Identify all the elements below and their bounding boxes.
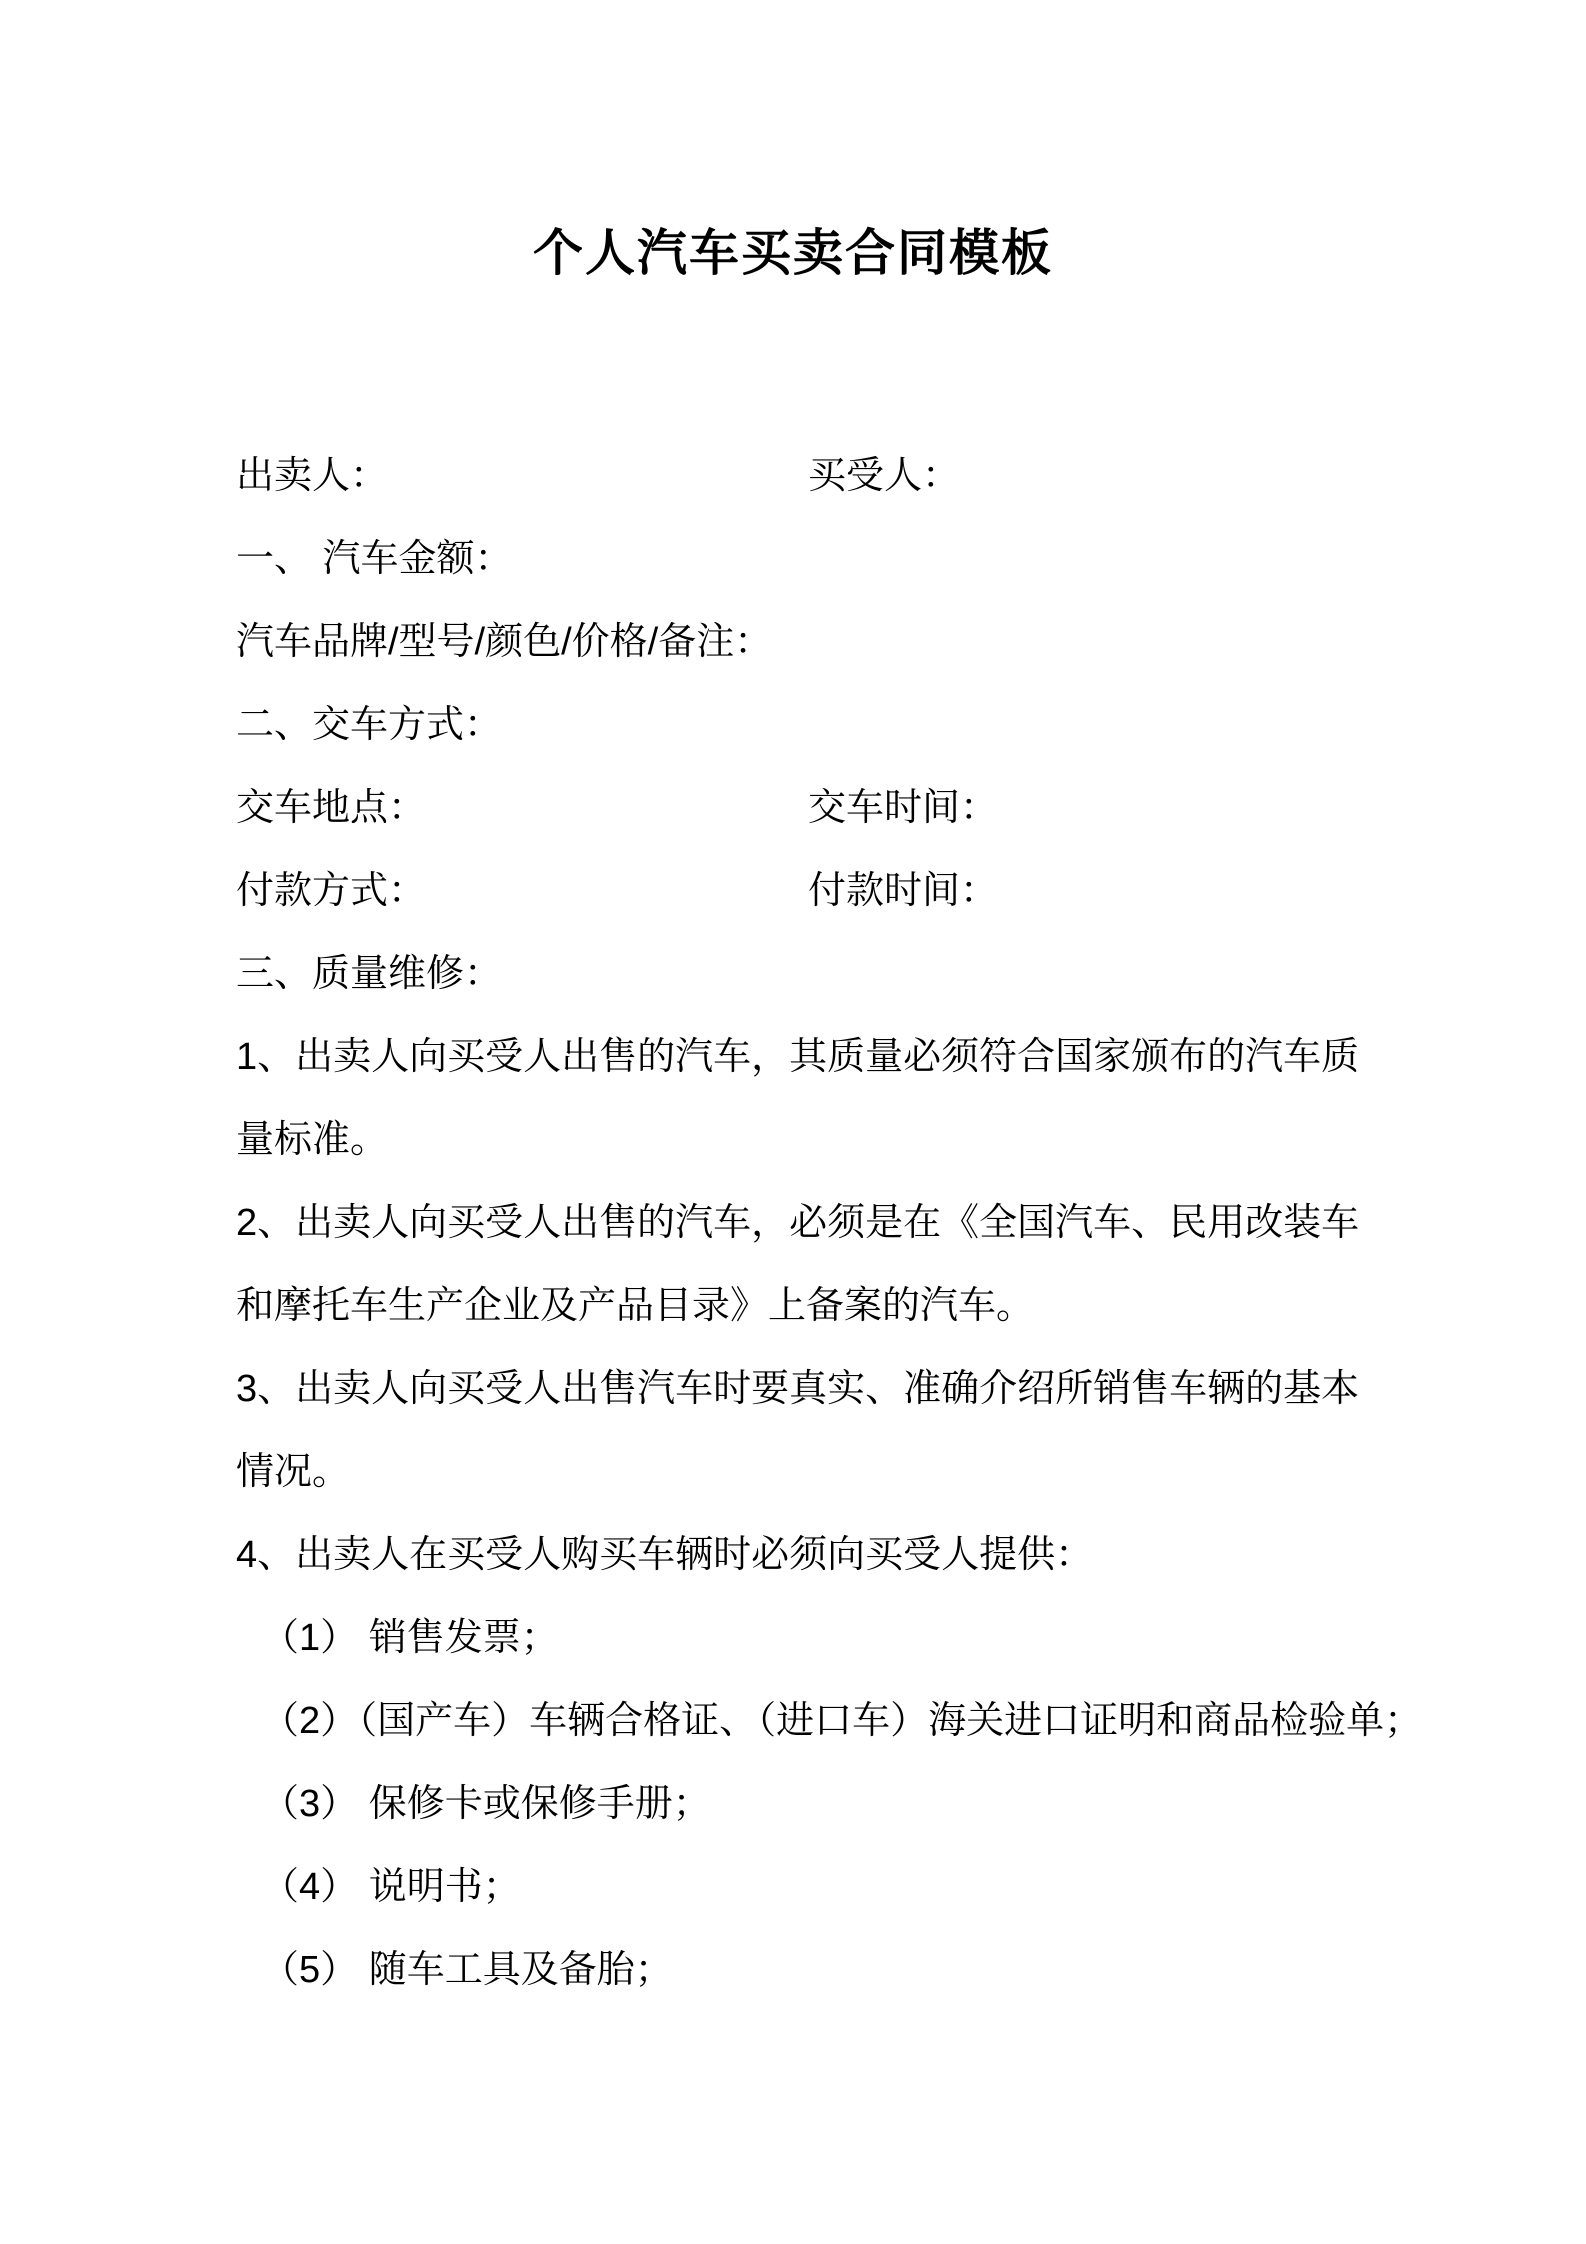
document-line: 情况。 (236, 1431, 1396, 1514)
line-text: 三、质量维修： (236, 953, 502, 995)
line-text: （4） 说明书； (261, 1866, 521, 1908)
line-text: 出卖人： (236, 455, 388, 497)
document-line: 三、质量维修： (236, 933, 1396, 1016)
line-text: （5） 随车工具及备胎； (261, 1949, 673, 1991)
document-title: 个人汽车买卖合同模板 (0, 221, 1586, 285)
line-text: 交车地点： (236, 787, 426, 829)
document-body: 出卖人：买受人：一、 汽车金额：汽车品牌/型号/颜色/价格/备注：二、交车方式：… (236, 435, 1396, 2012)
document-line: 付款方式：付款时间： (236, 850, 1396, 933)
line-text-right-column: 交车时间： (808, 767, 998, 850)
line-text: 和摩托车生产企业及产品目录》上备案的汽车。 (236, 1285, 1034, 1327)
document-line: 和摩托车生产企业及产品目录》上备案的汽车。 (236, 1265, 1396, 1348)
document-line: 3、出卖人向买受人出售汽车时要真实、准确介绍所销售车辆的基本 (236, 1348, 1396, 1431)
document-line: 交车地点：交车时间： (236, 767, 1396, 850)
document-line: （1） 销售发票； (236, 1597, 1396, 1680)
document-line: 4、出卖人在买受人购买车辆时必须向买受人提供： (236, 1514, 1396, 1597)
line-text: 3、出卖人向买受人出售汽车时要真实、准确介绍所销售车辆的基本 (236, 1368, 1359, 1410)
document-line: 量标准。 (236, 1099, 1396, 1182)
document-line: 汽车品牌/型号/颜色/价格/备注： (236, 601, 1396, 684)
line-text-right-column: 买受人： (808, 435, 960, 518)
document-line: （2）（国产车）车辆合格证、（进口车）海关进口证明和商品检验单； (236, 1680, 1396, 1763)
document-page: 个人汽车买卖合同模板 出卖人：买受人：一、 汽车金额：汽车品牌/型号/颜色/价格… (0, 0, 1586, 2244)
line-text: 1、出卖人向买受人出售的汽车，其质量必须符合国家颁布的汽车质 (236, 1036, 1359, 1078)
document-line: （5） 随车工具及备胎； (236, 1929, 1396, 2012)
line-text-right-column: 付款时间： (808, 850, 998, 933)
line-text: （1） 销售发票； (261, 1617, 559, 1659)
document-line: （4） 说明书； (236, 1846, 1396, 1929)
line-text: 二、交车方式： (236, 704, 502, 746)
document-line: （3） 保修卡或保修手册； (236, 1763, 1396, 1846)
line-text: 4、出卖人在买受人购买车辆时必须向买受人提供： (236, 1534, 1093, 1576)
line-text: （2）（国产车）车辆合格证、（进口车）海关进口证明和商品检验单； (261, 1700, 1422, 1742)
document-line: 二、交车方式： (236, 684, 1396, 767)
document-line: 1、出卖人向买受人出售的汽车，其质量必须符合国家颁布的汽车质 (236, 1016, 1396, 1099)
document-line: 出卖人：买受人： (236, 435, 1396, 518)
line-text: 量标准。 (236, 1119, 388, 1161)
line-text: 情况。 (236, 1451, 350, 1493)
line-text: 2、出卖人向买受人出售的汽车，必须是在《全国汽车、民用改装车 (236, 1202, 1359, 1244)
document-line: 一、 汽车金额： (236, 518, 1396, 601)
line-text: 汽车品牌/型号/颜色/价格/备注： (236, 621, 772, 663)
line-text: （3） 保修卡或保修手册； (261, 1783, 711, 1825)
line-text: 付款方式： (236, 870, 426, 912)
document-line: 2、出卖人向买受人出售的汽车，必须是在《全国汽车、民用改装车 (236, 1182, 1396, 1265)
line-text: 一、 汽车金额： (236, 538, 513, 580)
